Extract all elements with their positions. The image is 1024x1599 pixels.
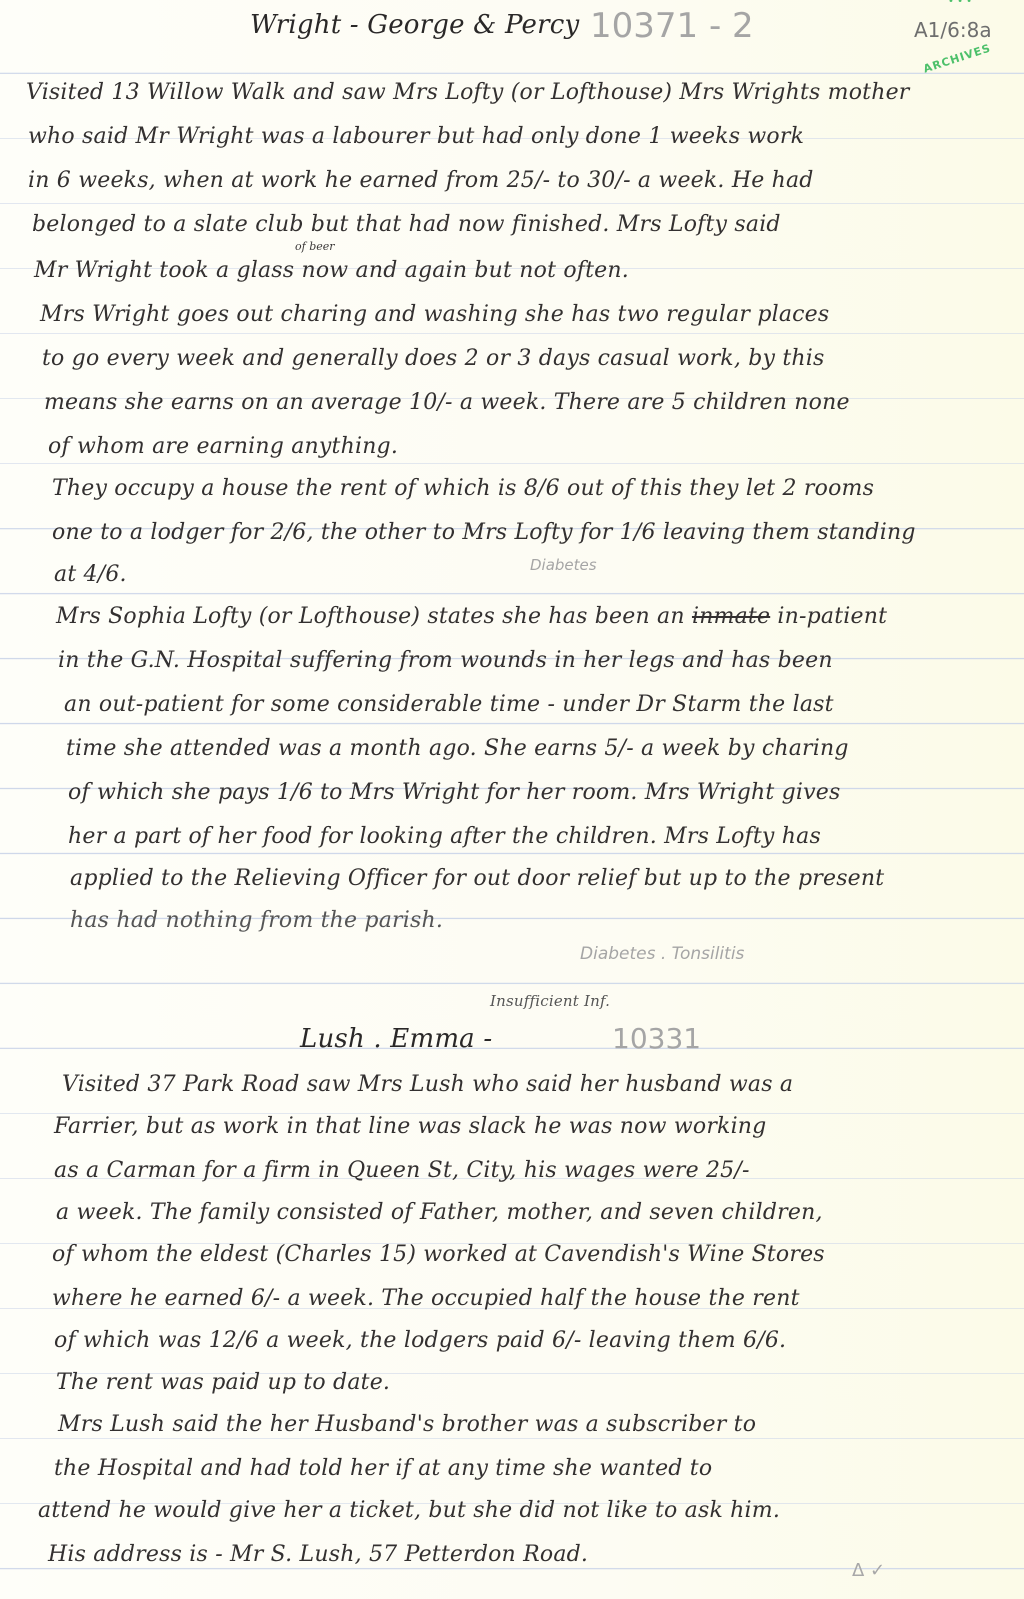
case1-line: Visited 13 Willow Walk and saw Mrs Lofty… xyxy=(26,80,910,105)
archive-stamp-top-text: • • • xyxy=(948,0,972,7)
case1-line: time she attended was a month ago. She e… xyxy=(66,736,849,761)
case1-line-tail: in-patient xyxy=(777,604,887,629)
case2-line: Farrier, but as work in that line was sl… xyxy=(54,1114,766,1139)
case1-insert-of-beer: of beer xyxy=(295,240,335,253)
case1-line: They occupy a house the rent of which is… xyxy=(52,476,874,501)
handwritten-case-notes-page: • • • A1/6:8a ARCHIVES Wright - George &… xyxy=(0,0,1024,1599)
struck-word: inmate xyxy=(692,604,770,629)
shelfmark: A1/6:8a xyxy=(914,18,992,42)
case1-line: means she earns on an average 10/- a wee… xyxy=(44,390,850,415)
case2-line: His address is - Mr S. Lush, 57 Petterdo… xyxy=(48,1542,588,1567)
case1-heading: Wright - George & Percy xyxy=(250,10,579,40)
ink-annotation-insufficient: Insufficient Inf. xyxy=(490,992,610,1010)
case1-line: of which she pays 1/6 to Mrs Wright for … xyxy=(68,780,840,805)
case1-line: belonged to a slate club but that had no… xyxy=(32,212,781,237)
case1-line: who said Mr Wright was a labourer but ha… xyxy=(28,124,804,149)
case2-line: attend he would give her a ticket, but s… xyxy=(38,1498,780,1523)
case2-line: of which was 12/6 a week, the lodgers pa… xyxy=(54,1328,786,1353)
case2-heading: Lush . Emma - xyxy=(300,1024,492,1054)
case1-line: Mr Wright took a glass now and again but… xyxy=(34,258,629,283)
case1-line: her a part of her food for looking after… xyxy=(68,824,821,849)
case2-line: of whom the eldest (Charles 15) worked a… xyxy=(52,1242,825,1267)
case2-line: a week. The family consisted of Father, … xyxy=(56,1200,823,1225)
case2-line: the Hospital and had told her if at any … xyxy=(54,1456,712,1481)
case1-line: applied to the Relieving Officer for out… xyxy=(70,866,884,891)
case2-line: Mrs Lush said the her Husband's brother … xyxy=(58,1412,756,1437)
case1-line: to go every week and generally does 2 or… xyxy=(42,346,824,371)
case1-line: Mrs Sophia Lofty (or Lofthouse) states s… xyxy=(56,604,887,629)
case1-line: an out-patient for some considerable tim… xyxy=(64,692,834,717)
case1-line: one to a lodger for 2/6, the other to Mr… xyxy=(52,520,916,545)
case1-line: has had nothing from the parish. xyxy=(70,908,443,933)
archive-stamp: ARCHIVES xyxy=(922,41,993,75)
case1-line: Mrs Wright goes out charing and washing … xyxy=(40,302,829,327)
case1-line: in 6 weeks, when at work he earned from … xyxy=(28,168,814,193)
case2-number: 10331 xyxy=(612,1022,701,1055)
case2-line: where he earned 6/- a week. The occupied… xyxy=(52,1286,800,1311)
case1-line: in the G.N. Hospital suffering from woun… xyxy=(58,648,833,673)
case1-line-text: Mrs Sophia Lofty (or Lofthouse) states s… xyxy=(56,604,685,629)
case2-line: The rent was paid up to date. xyxy=(56,1370,390,1395)
case1-line: at 4/6. xyxy=(54,562,127,587)
pencil-annotation-diabetes-tonsilitis: Diabetes . Tonsilitis xyxy=(580,944,744,964)
case2-line: as a Carman for a firm in Queen St, City… xyxy=(54,1158,750,1183)
case1-line: of whom are earning anything. xyxy=(48,434,398,459)
case2-line: Visited 37 Park Road saw Mrs Lush who sa… xyxy=(62,1072,793,1097)
pencil-check-mark: Δ ✓ xyxy=(852,1560,885,1581)
case1-number: 10371 - 2 xyxy=(590,6,754,46)
pencil-annotation-diabetes: Diabetes xyxy=(530,556,597,574)
